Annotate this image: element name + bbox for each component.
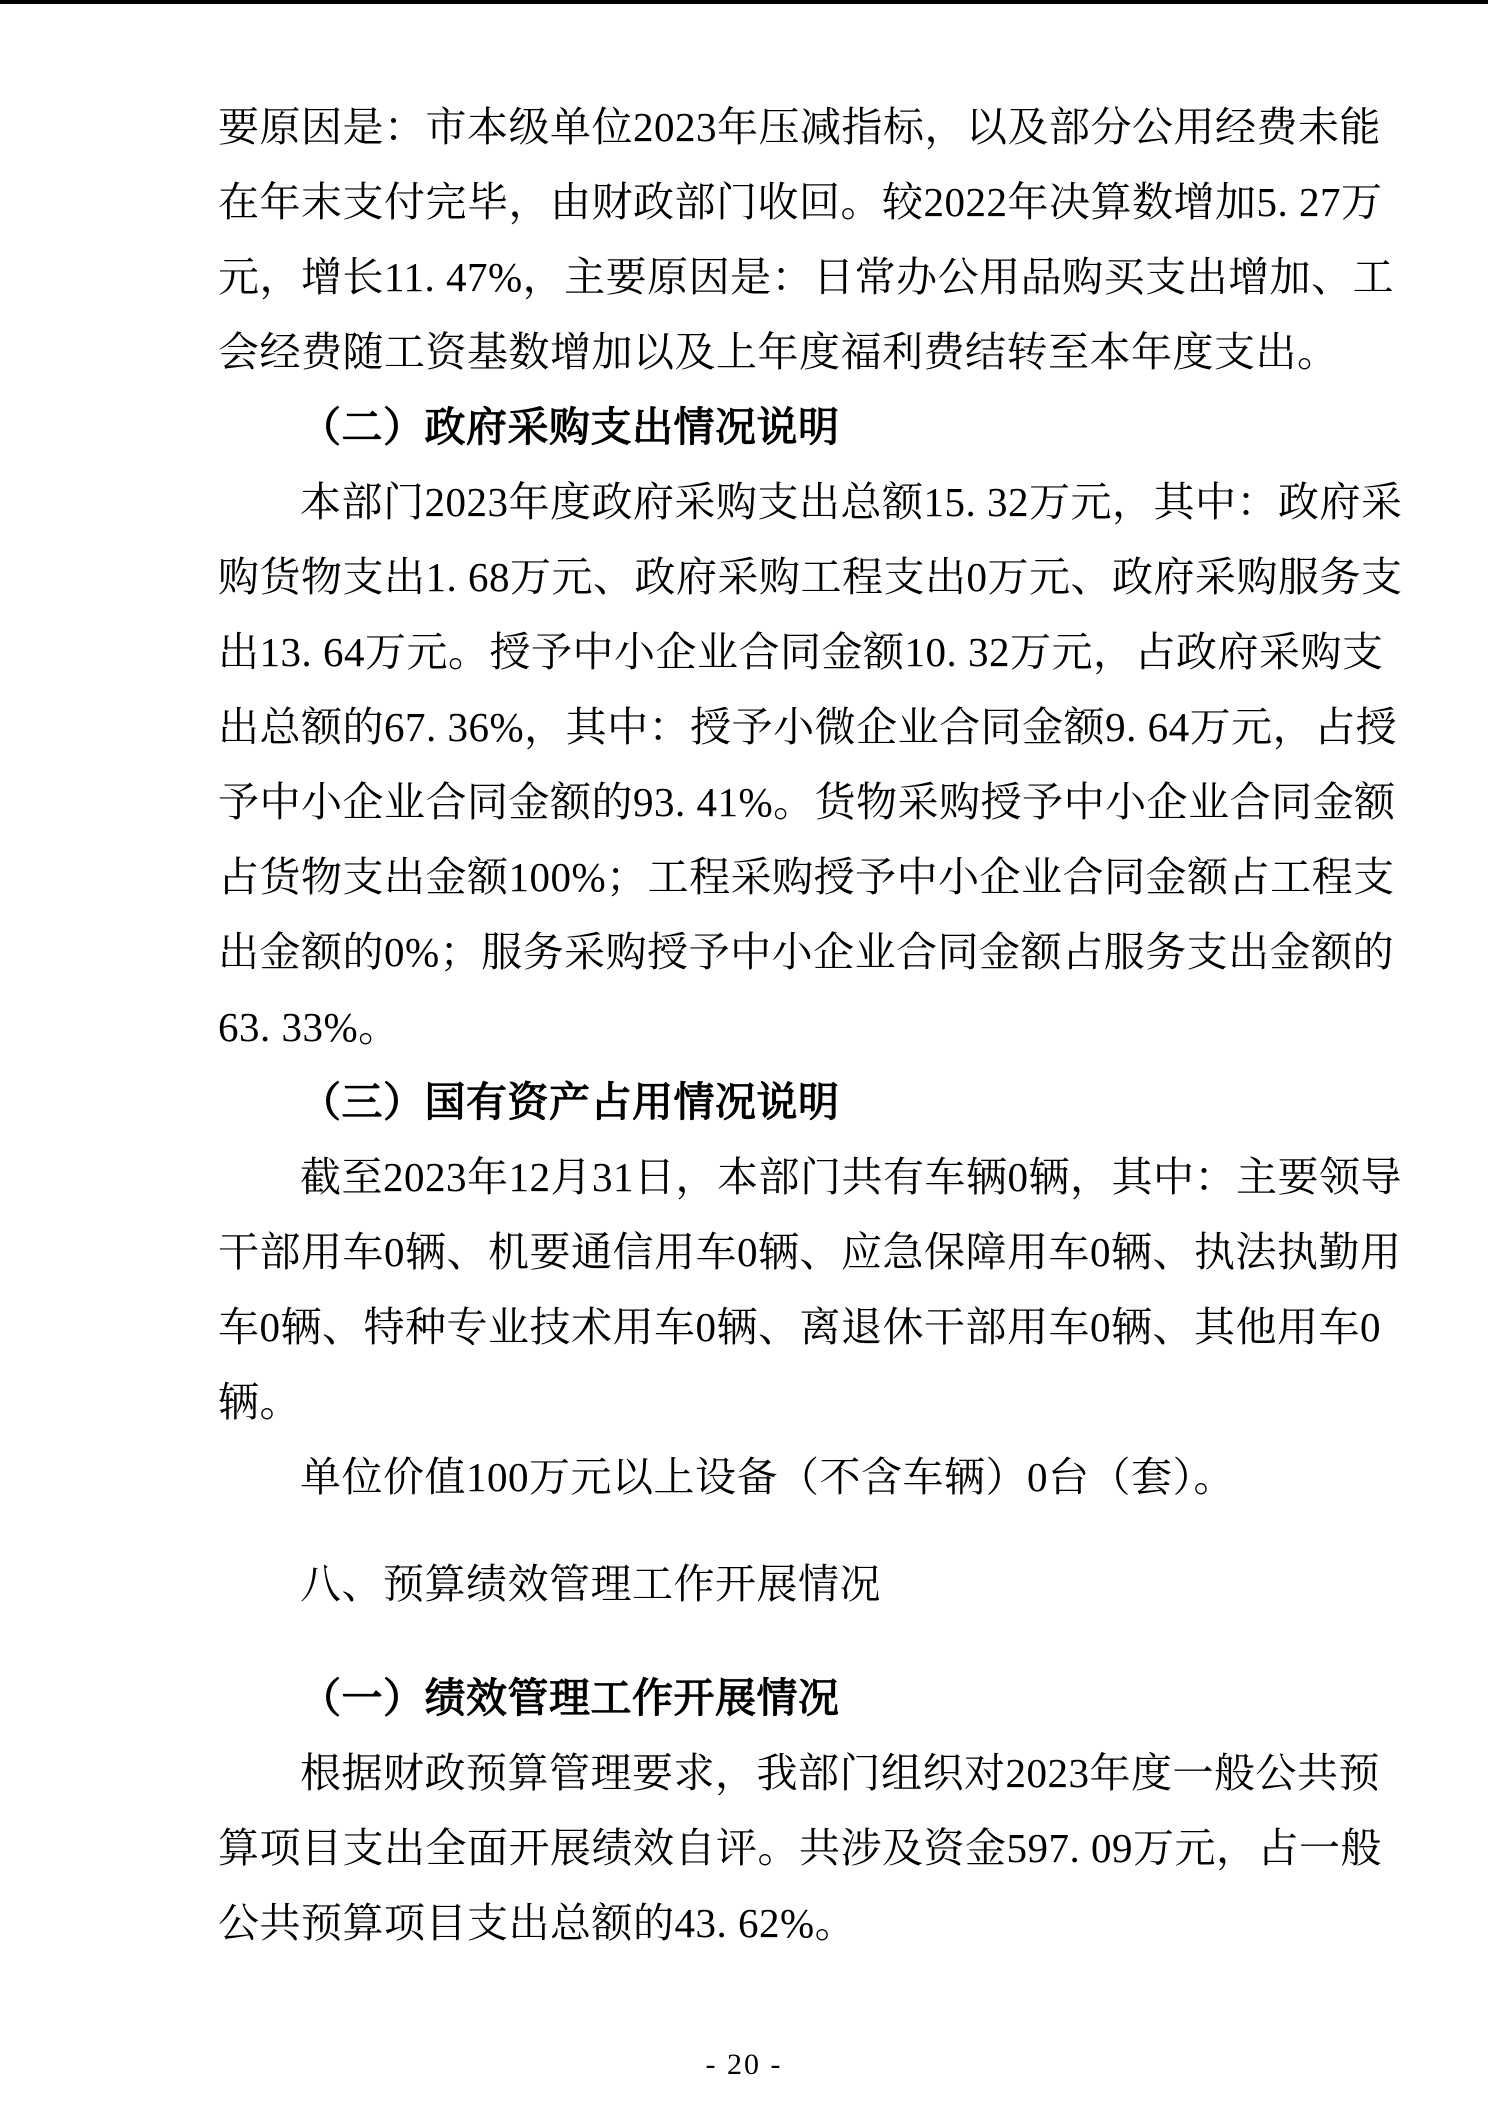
body-line-4: 会经费随工资基数增加以及上年度福利费结转至本年度支出。: [218, 315, 1378, 390]
body-line-6: 本部门2023年度政府采购支出总额15. 32万元，其中：政府采: [218, 465, 1378, 540]
scan-edge-bar: [0, 0, 1488, 4]
heading-state-assets: （三）国有资产占用情况说明: [218, 1065, 1378, 1140]
body-line-12: 出金额的0%；服务采购授予中小企业合同金额占服务支出金额的: [218, 915, 1378, 990]
body-line-3: 元，增长11. 47%，主要原因是：日常办公用品购买支出增加、工: [218, 240, 1378, 315]
body-line-13: 63. 33%。: [218, 990, 1378, 1065]
body-line-11: 占货物支出金额100%；工程采购授予中小企业合同金额占工程支: [218, 840, 1378, 915]
body-line-15: 截至2023年12月31日，本部门共有车辆0辆，其中：主要领导: [218, 1140, 1378, 1215]
body-line-19: 单位价值100万元以上设备（不含车辆）0台（套）。: [218, 1440, 1378, 1515]
body-line-8: 出13. 64万元。授予中小企业合同金额10. 32万元，占政府采购支: [218, 615, 1378, 690]
body-line-23: 算项目支出全面开展绩效自评。共涉及资金597. 09万元，占一般: [218, 1811, 1378, 1886]
body-line-24: 公共预算项目支出总额的43. 62%。: [218, 1886, 1378, 1961]
heading-budget-performance: 八、预算绩效管理工作开展情况: [218, 1547, 1378, 1622]
body-line-7: 购货物支出1. 68万元、政府采购工程支出0万元、政府采购服务支: [218, 540, 1378, 615]
body-line-10: 予中小企业合同金额的93. 41%。货物采购授予中小企业合同金额: [218, 765, 1378, 840]
document-text-block: 要原因是：市本级单位2023年压减指标，以及部分公用经费未能 在年末支付完毕，由…: [218, 90, 1378, 1961]
document-page: 要原因是：市本级单位2023年压减指标，以及部分公用经费未能 在年末支付完毕，由…: [0, 0, 1488, 2104]
body-line-9: 出总额的67. 36%，其中：授予小微企业合同金额9. 64万元，占授: [218, 690, 1378, 765]
body-line-17: 车0辆、特种专业技术用车0辆、离退休干部用车0辆、其他用车0: [218, 1290, 1378, 1365]
heading-performance-work: （一）绩效管理工作开展情况: [218, 1661, 1378, 1736]
page-number: - 20 -: [0, 2047, 1488, 2083]
heading-gov-procurement: （二）政府采购支出情况说明: [218, 390, 1378, 465]
body-line-16: 干部用车0辆、机要通信用车0辆、应急保障用车0辆、执法执勤用: [218, 1215, 1378, 1290]
body-line-2: 在年末支付完毕，由财政部门收回。较2022年决算数增加5. 27万: [218, 165, 1378, 240]
body-line-18: 辆。: [218, 1365, 1378, 1440]
body-line-22: 根据财政预算管理要求，我部门组织对2023年度一般公共预: [218, 1736, 1378, 1811]
body-line-1: 要原因是：市本级单位2023年压减指标，以及部分公用经费未能: [218, 90, 1378, 165]
